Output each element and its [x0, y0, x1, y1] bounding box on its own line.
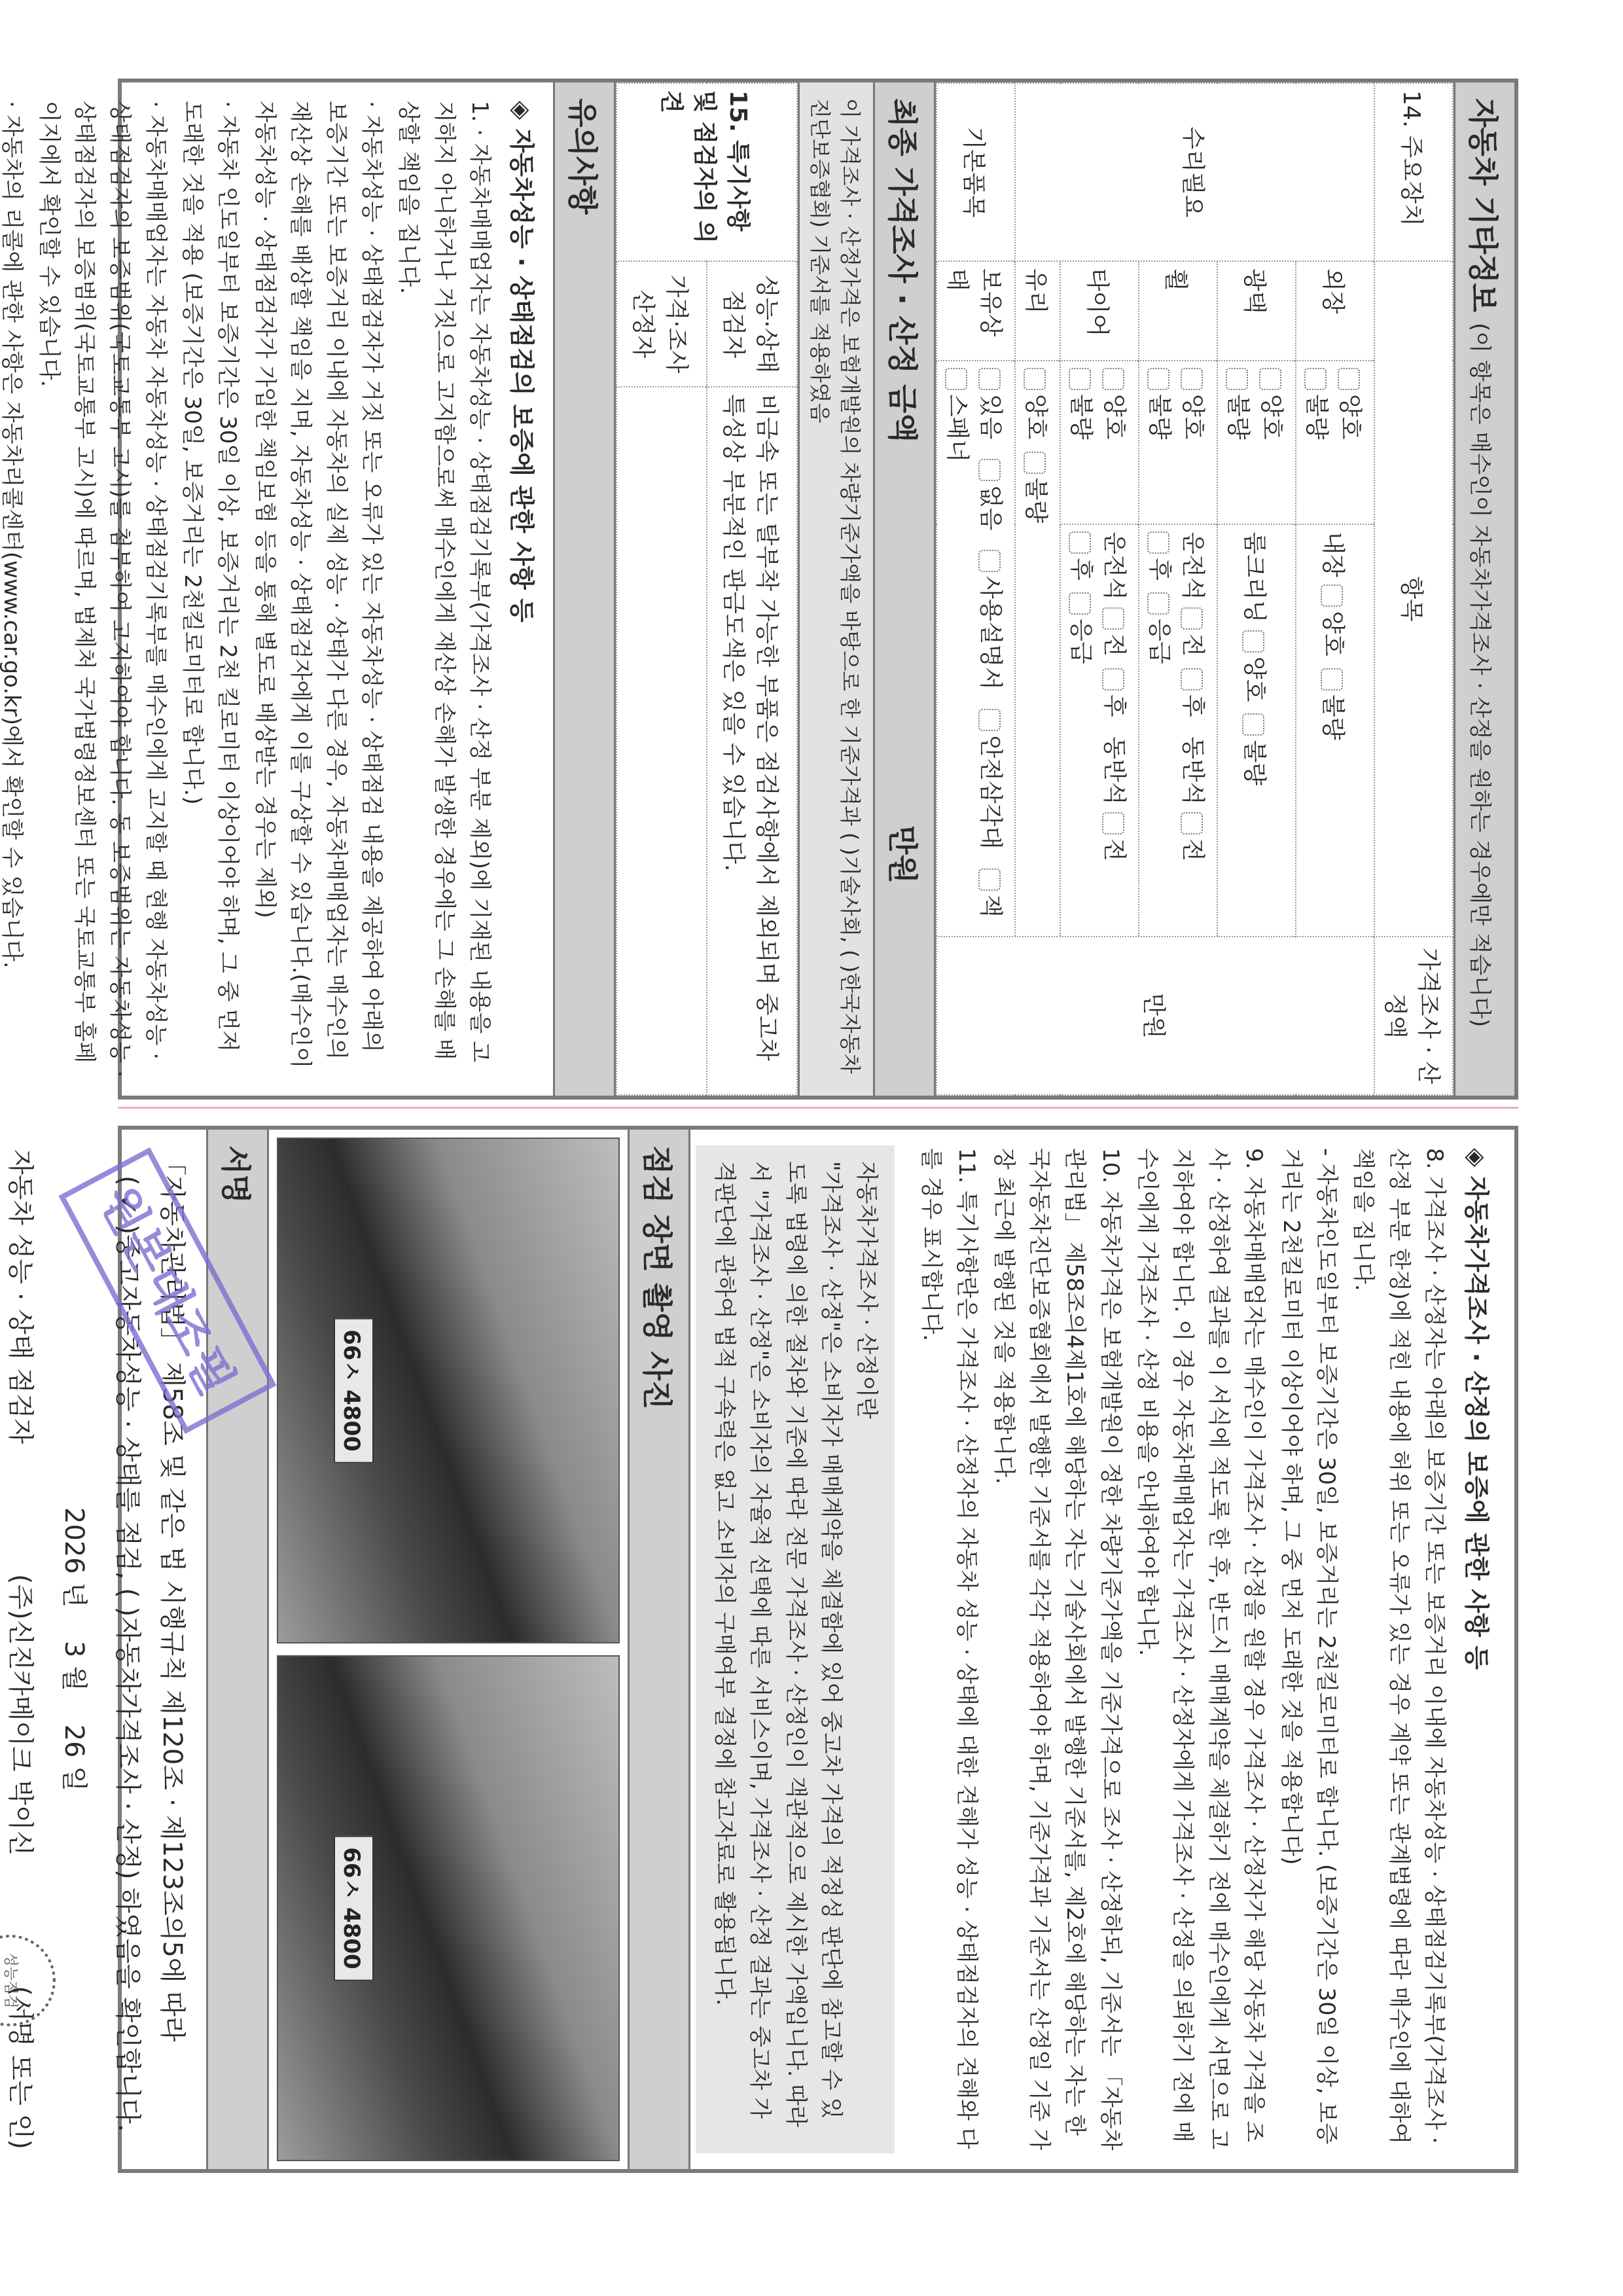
caution-heading: ◈ 자동차성능 · 상태점검의 보증에 관한 사항 등	[501, 101, 541, 1077]
option-label: 없음	[977, 485, 1004, 531]
option-label: 불량	[1067, 394, 1094, 440]
option-label: 불량	[1022, 478, 1049, 524]
checkbox[interactable]	[1024, 452, 1046, 474]
note-item: · 자동차의 리콜에 관한 사항은 자동차리콜센터(www.car.go.kr)…	[0, 101, 29, 1077]
checkbox[interactable]	[1243, 713, 1265, 736]
option-label: 불량	[1146, 394, 1173, 440]
date-year: 2026	[59, 1507, 89, 1574]
appraiser-label: 가격·조사 산정자	[616, 261, 707, 387]
option-label: 전	[1179, 634, 1206, 656]
option-label: 양호	[1336, 394, 1363, 440]
note-item: 8. 가격조사 · 산정자는 아래의 보증기간 또는 보증거리 이내에 자동차성…	[1346, 1148, 1452, 2151]
date-month-unit: 월	[59, 1666, 89, 1691]
signature-date: 2026 년 3 월 26 일	[52, 1149, 96, 2149]
section-label: 14. 주요장치	[1374, 83, 1453, 261]
option-label: 있음	[977, 394, 1004, 440]
sub-item-name: 내장	[1320, 531, 1347, 577]
checkbox[interactable]	[978, 709, 1001, 731]
checkbox[interactable]	[1181, 812, 1203, 834]
inspector-remarks: 비금속 또는 탈부착 가능한 부품은 점검사항에서 제외되며 중고차 특성상 부…	[707, 387, 797, 1095]
checkbox[interactable]	[1304, 368, 1327, 390]
definition-text: "가격조사 · 산정"은 소비자가 매매계약을 체결함에 있어 중고차 가격의 …	[706, 1161, 849, 2138]
row-exterior: 수리필요 외장 양호불량 내장 양호불량 만원	[1296, 83, 1374, 1095]
date-day: 26	[59, 1725, 89, 1758]
option-label: 전	[1101, 838, 1128, 861]
checkbox[interactable]	[1102, 668, 1124, 691]
checkbox[interactable]	[978, 368, 1001, 390]
final-price-header: 최종 가격조사 · 산정 금액 만원	[873, 82, 936, 1096]
item-name: 휠	[1139, 261, 1217, 361]
inspection-record-sheet: 자동차 기타정보 (이 항목은 매수인이 자동차가격조사 · 산정을 원하는 경…	[118, 79, 1518, 2173]
final-price-title: 최종 가격조사 · 산정 금액	[883, 98, 926, 442]
checkbox[interactable]	[1181, 607, 1203, 630]
caution-list: 1. · 자동차매매업자는 자동차성능 · 상태점검기록부(가격조사 · 산정 …	[0, 101, 497, 1077]
license-plate: 66ㅅ 4800	[334, 1318, 374, 1463]
checkbox[interactable]	[978, 550, 1001, 572]
basic-label: 기본품목	[936, 83, 1015, 261]
checkbox[interactable]	[1147, 531, 1169, 554]
checkbox[interactable]	[1102, 812, 1124, 834]
license-plate: 66ㅅ 4800	[334, 1835, 374, 1981]
option-label: 불량	[1303, 394, 1330, 440]
option-label: 양호	[1320, 611, 1347, 656]
appraiser-remarks	[616, 387, 707, 1095]
other-info-header: 자동차 기타정보 (이 항목은 매수인이 자동차가격조사 · 산정을 원하는 경…	[1454, 82, 1514, 1096]
sub-item-name: 룸크리닝	[1241, 531, 1268, 622]
left-column: 자동차 기타정보 (이 항목은 매수인이 자동차가격조사 · 산정을 원하는 경…	[118, 79, 1518, 1100]
note-item: 10. 자동차가격은 보험개발원이 정한 차량기준가액을 기준가격으로 조사 ·…	[986, 1148, 1128, 2151]
date-day-unit: 일	[59, 1766, 89, 1791]
item-name: 외장	[1296, 261, 1374, 361]
checkbox[interactable]	[1181, 668, 1203, 691]
scan-guide-line	[118, 1107, 1518, 1109]
note-item: · 자동차 인도일부터 보증기간은 30일 이상, 보증거리는 2천 킬로미터 …	[175, 101, 246, 1077]
option-label: 응급	[1146, 619, 1173, 664]
item-name: 보유상태	[936, 261, 1015, 361]
vehicle-photo-rear: 66ㅅ 4800	[277, 1655, 620, 2161]
item-name: 광택	[1217, 261, 1296, 361]
price-amount-unit: 만원	[936, 937, 1374, 1095]
signer-role: 자동차 성능 · 상태 점검자	[0, 1149, 43, 1444]
checkbox[interactable]	[1069, 531, 1091, 554]
inspector-seal: 성능점검	[0, 1935, 56, 2026]
option-label: 불량	[1241, 740, 1268, 785]
date-month: 3	[59, 1641, 89, 1657]
checkbox[interactable]	[1338, 368, 1360, 390]
checkbox[interactable]	[1102, 368, 1124, 390]
remarks-label: 15. 특기사항 및 점검자의 의견	[616, 83, 797, 261]
final-price-unit: 만원	[883, 825, 926, 884]
remarks-table: 15. 특기사항 및 점검자의 의견 성능·상태 점검자 비금속 또는 탈부착 …	[616, 82, 798, 1096]
option-label: 스패너	[944, 394, 971, 462]
signature-section: 「자동차관리법」 제58조 및 같은 법 시행규칙 제120조 · 제123조의…	[0, 1130, 206, 2169]
option-label: 후	[1146, 558, 1173, 581]
checkbox[interactable]	[978, 459, 1001, 481]
price-header: 가격조사 · 산정액	[1374, 937, 1453, 1095]
option-label: 양호	[1179, 394, 1206, 440]
option-label: 잭	[977, 895, 1004, 918]
date-year-unit: 년	[59, 1583, 89, 1608]
definition-title: 자동차가격조사 · 산정이란	[849, 1161, 884, 2138]
inspector-label: 성능·상태 점검자	[707, 261, 797, 387]
option-label: 응급	[1067, 619, 1094, 664]
option-label: 후	[1067, 558, 1094, 581]
option-label: 사용설명서	[977, 576, 1004, 690]
definition-box: 자동차가격조사 · 산정이란 "가격조사 · 산정"은 소비자가 매매계약을 체…	[696, 1145, 895, 2153]
checkbox[interactable]	[1226, 368, 1248, 390]
sub-item-name: 동반석	[1179, 736, 1206, 804]
vehicle-photo-front: 66ㅅ 4800	[277, 1138, 620, 1643]
option-label: 전	[1179, 838, 1206, 861]
checkbox[interactable]	[1069, 368, 1091, 390]
option-label: 양호	[1101, 394, 1128, 440]
option-label: 양호	[1258, 394, 1285, 440]
note-item: · 자동차성능 · 상태점검자가 거짓 또는 오류가 있는 자동차성능 · 상태…	[247, 101, 389, 1077]
item-header: 항목	[1374, 261, 1453, 937]
repair-label: 수리필요	[1015, 83, 1374, 261]
sub-item-name: 동반석	[1101, 736, 1128, 804]
option-label: 불량	[1320, 694, 1347, 740]
option-label: 양호	[1022, 394, 1049, 440]
note-item: 9. 자동차매매업자는 매수인이 가격조사 · 산정을 원할 경우 가격조사 ·…	[1130, 1148, 1272, 2151]
checkbox[interactable]	[1102, 607, 1124, 630]
option-label: 후	[1101, 694, 1128, 717]
checkbox[interactable]	[1181, 368, 1203, 390]
checkbox[interactable]	[1321, 668, 1344, 691]
option-label: 불량	[1224, 394, 1251, 440]
note-item: 11. 특기사항란은 가격조사 · 산정자의 자동차 성능 · 상태에 대한 견…	[913, 1148, 984, 2151]
guarantee-heading: ◈ 자동차가격조사 · 산정의 보증에 관한 사항 등	[1456, 1148, 1496, 2151]
checkbox[interactable]	[1147, 592, 1169, 615]
inspection-photos: 66ㅅ 4800 66ㅅ 4800	[269, 1130, 628, 2169]
checkbox[interactable]	[1069, 592, 1091, 615]
option-label: 안전삼각대	[977, 735, 1004, 849]
checkbox[interactable]	[978, 869, 1001, 891]
checkbox[interactable]	[1024, 368, 1046, 390]
checkbox[interactable]	[945, 368, 967, 390]
photos-header: 점검 장면 촬영 사진	[628, 1130, 690, 2169]
sub-item-name: 운전석	[1101, 531, 1128, 600]
main-device-table: 14. 주요장치 항목 가격조사 · 산정액 수리필요 외장 양호불량 내장 양…	[936, 82, 1454, 1096]
note-item: - 자동차인도일부터 보증기간은 30일, 보증거리는 2천킬로미터로 합니다.…	[1273, 1148, 1344, 2151]
option-label: 후	[1179, 694, 1206, 717]
guarantee-notes: ◈ 자동차가격조사 · 산정의 보증에 관한 사항 등 8. 가격조사 · 산정…	[900, 1130, 1514, 2169]
other-info-title: 자동차 기타정보	[1465, 98, 1501, 312]
caution-notes: ◈ 자동차성능 · 상태점검의 보증에 관한 사항 등 1. · 자동차매매업자…	[0, 82, 553, 1096]
other-info-note: (이 항목은 매수인이 자동차가격조사 · 산정을 원하는 경우에만 적습니다)	[1467, 323, 1493, 1027]
note-item: · 자동차매매업자는 자동차 자동차성능 · 상태점검기록부를 매수인에게 고지…	[31, 101, 173, 1077]
checkbox[interactable]	[1147, 368, 1169, 390]
caution-header: 유의사항	[553, 82, 616, 1096]
checkbox[interactable]	[1243, 630, 1265, 653]
checkbox[interactable]	[1259, 368, 1281, 390]
guarantee-list: 8. 가격조사 · 산정자는 아래의 보증기간 또는 보증거리 이내에 자동차성…	[913, 1148, 1452, 2151]
option-label: 전	[1101, 634, 1128, 656]
option-label: 양호	[1241, 656, 1268, 702]
sub-item-name: 운전석	[1179, 531, 1206, 600]
checkbox[interactable]	[1321, 584, 1344, 607]
item-name: 타이어	[1060, 261, 1139, 361]
right-column: ◈ 자동차가격조사 · 산정의 보증에 관한 사항 등 8. 가격조사 · 산정…	[118, 1126, 1518, 2173]
signer-name: (주)신진카메이크 박이신	[0, 1574, 43, 1856]
note-item: 1. · 자동차매매업자는 자동차성능 · 상태점검기록부(가격조사 · 산정 …	[391, 101, 497, 1077]
final-price-basis: 이 가격조사 · 산정가격은 보험개발원의 차량기준가액을 바탕으로 한 기준가…	[798, 82, 873, 1096]
item-name: 유리	[1015, 261, 1060, 361]
